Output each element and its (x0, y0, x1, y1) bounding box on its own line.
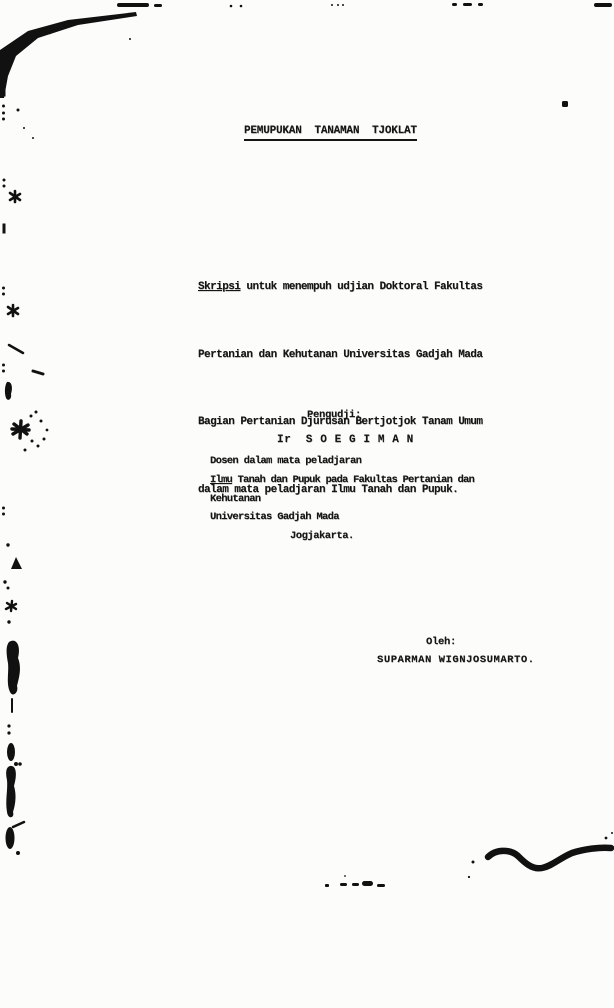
author-name: SUPARMAN WIGNJOSUMARTO. (377, 654, 535, 666)
examiner-role-line-2-underlined: Ilmu (210, 474, 232, 486)
examiner-city: Jogjakarta. (290, 530, 354, 542)
ink-blobs-left-margin (3, 84, 48, 855)
ink-stroke-bottom-right (468, 832, 613, 878)
examiner-role-line-3: Kehutanan (210, 493, 260, 505)
examiner-role-line-2-rest: Tanah dan Pupuk pada Fakultas Pertanian … (232, 474, 474, 486)
scanned-thesis-title-page: PEMUPUKAN TANAMAN TJOKLAT Skripsi untuk … (0, 0, 614, 1008)
examiner-role-line-1: Dosen dalam mata peladjaran (210, 455, 361, 467)
intro-line-1-underlined: Skripsi (198, 281, 240, 293)
ink-specks-bottom-center (325, 875, 385, 887)
ink-specks-top-edge (49, 3, 612, 40)
author-label: Oleh: (426, 636, 456, 648)
ink-dot-top-right (562, 101, 568, 107)
examiner-name: Ir S O E G I M A N (277, 434, 414, 446)
page-title: PEMUPUKAN TANAMAN TJOKLAT (244, 125, 417, 141)
intro-line-1-rest: untuk menempuh udjian Doktoral Fakultas (240, 281, 482, 293)
examiner-heading: Pengudji: (307, 409, 361, 421)
intro-line-2: Pertanian dan Kehutanan Universitas Gadj… (198, 344, 482, 367)
ink-swoosh-top-left (0, 12, 137, 139)
examiner-role-line-2: Ilmu Tanah dan Pupuk pada Fakultas Perta… (210, 474, 474, 486)
examiner-institution: Universitas Gadjah Mada (210, 511, 339, 523)
intro-line-1: Skripsi untuk menempuh udjian Doktoral F… (198, 276, 482, 299)
